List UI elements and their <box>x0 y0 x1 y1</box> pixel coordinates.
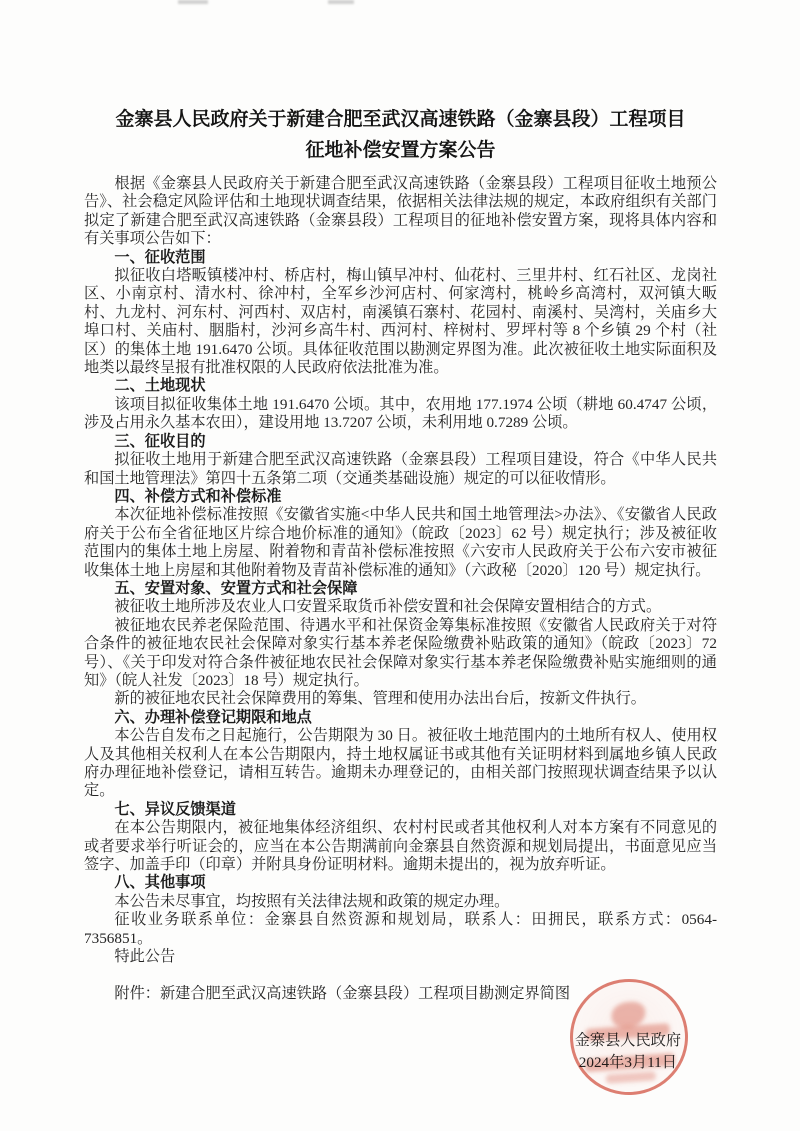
section-8-paragraph-2: 征收业务联系单位：金寨县自然资源和规划局，联系人：田拥民，联系方式：0564-7… <box>84 911 717 948</box>
section-2-paragraph: 该项目拟征收集体土地 191.6470 公顷。其中，农用地 177.1974 公… <box>84 396 717 433</box>
section-2-heading: 二、土地现状 <box>84 377 717 395</box>
signature-block: 金寨县人民政府 2024年3月11日 <box>575 1030 681 1074</box>
section-3-paragraph: 拟征收土地用于新建合肥至武汉高速铁路（金寨县段）工程项目建设，符合《中华人民共和… <box>84 451 717 488</box>
scan-artifact <box>178 0 208 4</box>
intro-paragraph: 根据《金寨县人民政府关于新建合肥至武汉高速铁路（金寨县段）工程项目征收土地预公告… <box>84 175 717 249</box>
signature-org: 金寨县人民政府 <box>575 1030 681 1052</box>
section-3-heading: 三、征收目的 <box>84 433 717 451</box>
section-5-heading: 五、安置对象、安置方式和社会保障 <box>84 580 717 598</box>
attachment-line: 附件：新建合肥至武汉高速铁路（金寨县段）工程项目勘测定界简图 <box>84 985 717 1003</box>
notice-content: 金寨县人民政府关于新建合肥至武汉高速铁路（金寨县段）工程项目 征地补偿安置方案公… <box>84 104 717 1074</box>
section-5-paragraph-2: 被征地农民养老保险范围、待遇水平和社保资金筹集标准按照《安徽省人民政府关于对符合… <box>84 617 717 691</box>
section-8-paragraph-3: 特此公告 <box>84 948 717 966</box>
signature-date: 2024年3月11日 <box>575 1052 681 1074</box>
title-line-2: 征地补偿安置方案公告 <box>84 135 717 166</box>
section-6-heading: 六、办理补偿登记期限和地点 <box>84 709 717 727</box>
scanned-notice-page: 金寨县人民政府关于新建合肥至武汉高速铁路（金寨县段）工程项目 征地补偿安置方案公… <box>0 0 800 1131</box>
scan-artifact <box>328 0 354 4</box>
title-line-1: 金寨县人民政府关于新建合肥至武汉高速铁路（金寨县段）工程项目 <box>84 104 717 135</box>
section-7-heading: 七、异议反馈渠道 <box>84 801 717 819</box>
section-4-paragraph: 本次征地补偿标准按照《安徽省实施<中华人民共和国土地管理法>办法》、《安徽省人民… <box>84 506 717 580</box>
section-8-heading: 八、其他事项 <box>84 874 717 892</box>
section-4-heading: 四、补偿方式和补偿标准 <box>84 488 717 506</box>
section-5-paragraph-3: 新的被征地农民社会保障费用的筹集、管理和使用办法出台后，按新文件执行。 <box>84 690 717 708</box>
section-8-paragraph-1: 本公告未尽事宜，均按照有关法律法规和政策的规定办理。 <box>84 893 717 911</box>
section-7-paragraph: 在本公告期限内，被征地集体经济组织、农村村民或者其他权利人对本方案有不同意见的或… <box>84 819 717 874</box>
section-1-paragraph: 拟征收白塔畈镇楼冲村、桥店村，梅山镇早冲村、仙花村、三里井村、红石社区、龙岗社区… <box>84 267 717 377</box>
section-5-paragraph-1: 被征收土地所涉及农业人口安置采取货币补偿安置和社会保障安置相结合的方式。 <box>84 598 717 616</box>
section-6-paragraph: 本公告自发布之日起施行，公告期限为 30 日。被征收土地范围内的土地所有权人、使… <box>84 727 717 801</box>
section-1-heading: 一、征收范围 <box>84 249 717 267</box>
notice-title: 金寨县人民政府关于新建合肥至武汉高速铁路（金寨县段）工程项目 征地补偿安置方案公… <box>84 104 717 166</box>
